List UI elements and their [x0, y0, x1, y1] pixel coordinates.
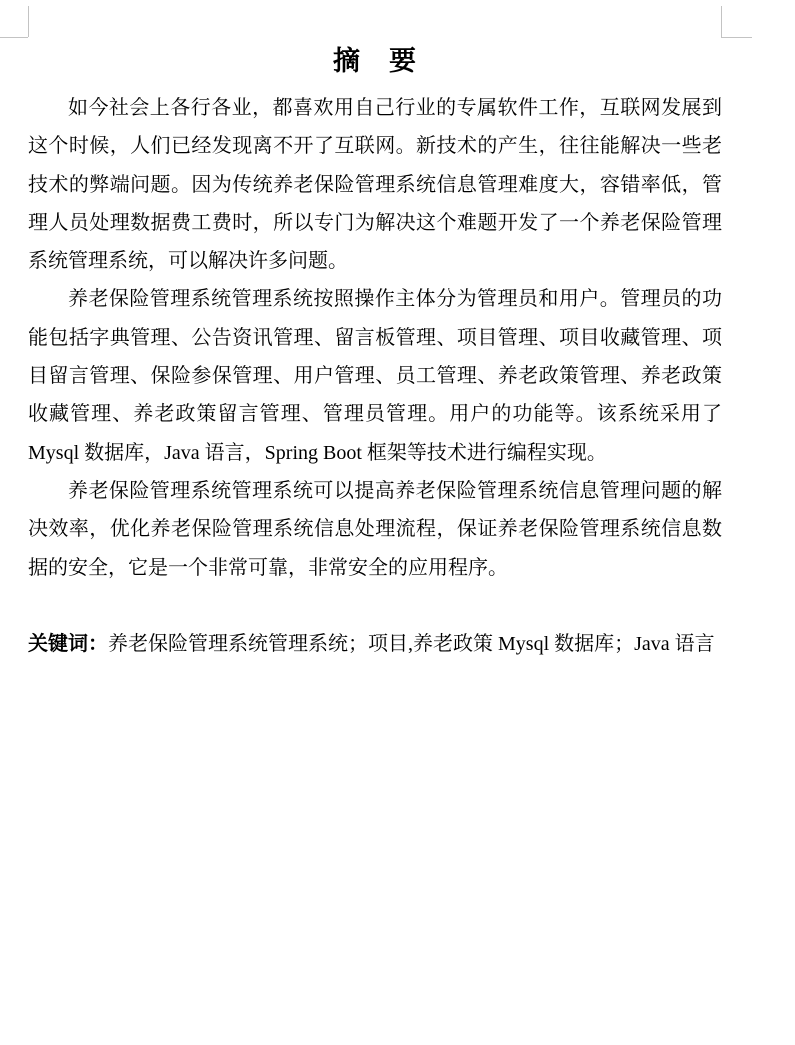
document-page: 摘 要 如今社会上各行各业，都喜欢用自己行业的专属软件工作，互联网发展到这个时候… [0, 0, 795, 1045]
abstract-paragraph-2: 养老保险管理系统管理系统按照操作主体分为管理员和用户。管理员的功能包括字典管理、… [28, 280, 722, 471]
keywords-line: 关键词：养老保险管理系统管理系统；项目,养老政策 Mysql 数据库；Java … [28, 625, 722, 663]
abstract-paragraph-3: 养老保险管理系统管理系统可以提高养老保险管理系统信息管理问题的解决效率，优化养老… [28, 472, 722, 587]
keywords-label: 关键词： [28, 633, 108, 655]
abstract-title: 摘 要 [28, 0, 722, 78]
abstract-content: 摘 要 如今社会上各行各业，都喜欢用自己行业的专属软件工作，互联网发展到这个时候… [28, 0, 722, 663]
keywords-text: 养老保险管理系统管理系统；项目,养老政策 Mysql 数据库；Java 语言 [108, 633, 715, 655]
margin-crop-mark-top-right-horizontal [721, 37, 752, 38]
margin-crop-mark-top-left-horizontal [0, 37, 28, 38]
abstract-paragraph-1: 如今社会上各行各业，都喜欢用自己行业的专属软件工作，互联网发展到这个时候，人们已… [28, 89, 722, 280]
